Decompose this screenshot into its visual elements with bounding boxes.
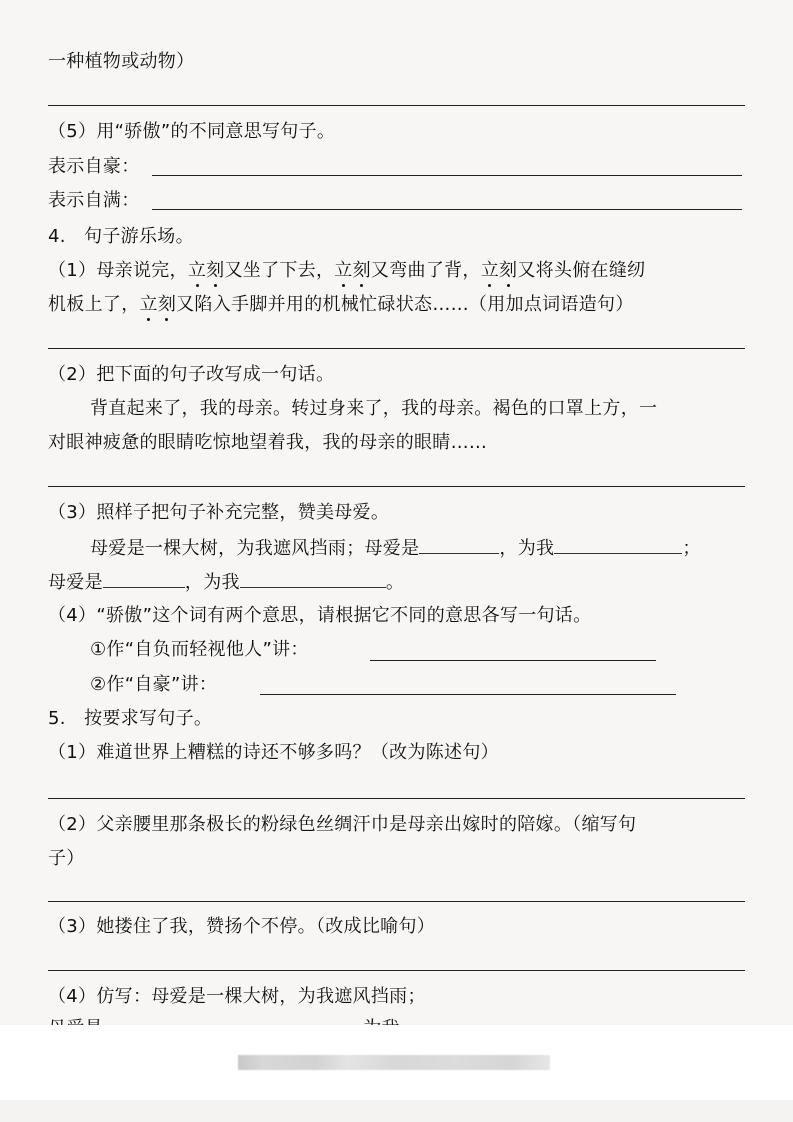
answer-line	[260, 694, 676, 695]
answer-line	[48, 970, 745, 971]
text-line: 一种植物或动物）	[48, 50, 194, 74]
worksheet-page: 一种植物或动物） （5）用“骄傲”的不同意思写句子。 表示自豪： 表示自满： 4…	[0, 0, 793, 1122]
s4-q4-option-1: ①作“自负而轻视他人”讲：	[90, 638, 309, 662]
text: （1）母亲说完，	[48, 260, 188, 281]
answer-line	[48, 348, 745, 349]
text: 。	[386, 572, 404, 593]
dotted-word: 立刻	[188, 260, 225, 281]
text: ；	[682, 538, 700, 559]
answer-label-complacent: 表示自满：	[48, 189, 140, 213]
s4-q1-line-1: （1）母亲说完，立刻又坐了下去，立刻又弯曲了背，立刻又将头俯在缝纫	[48, 259, 645, 283]
s4-q2-passage-2: 对眼神疲惫的眼睛吃惊地望着我，我的母亲的眼睛……	[48, 431, 487, 455]
text: 又坐了下去，	[224, 260, 334, 281]
answer-line	[48, 486, 745, 487]
s5-q3: （3）她搂住了我，赞扬个不停。（改成比喻句）	[48, 915, 435, 939]
dotted-word: 立刻	[334, 260, 371, 281]
answer-line	[48, 798, 745, 799]
s5-q2-line-1: （2）父亲腰里那条极长的粉绿色丝绸汗巾是母亲出嫁时的陪嫁。（缩写句	[48, 813, 636, 837]
answer-line	[370, 660, 656, 661]
fill-blank[interactable]	[554, 535, 682, 554]
s5-q1: （1）难道世界上糟糕的诗还不够多吗？（改为陈述句）	[48, 741, 499, 765]
text: 又将头俯在缝纫	[517, 260, 645, 281]
question-5-title: （5）用“骄傲”的不同意思写句子。	[48, 120, 335, 144]
answer-line-complacent	[152, 209, 742, 210]
s4-q2-passage-1: 背直起来了，我的母亲。转过身来了，我的母亲。褐色的口罩上方，一	[90, 397, 657, 421]
fill-blank[interactable]	[103, 569, 185, 588]
dotted-word: 立刻	[481, 260, 518, 281]
text: ①作“自负而轻视他人”讲：	[90, 639, 309, 660]
s4-q3-line-2: 母爱是，为我。	[48, 569, 404, 595]
dotted-word: 立刻	[140, 294, 177, 315]
s4-q3-title: （3）照样子把句子补充完整，赞美母爱。	[48, 501, 389, 525]
section-4-title: 4. 句子游乐场。	[48, 225, 194, 249]
s4-q2-title: （2）把下面的句子改写成一句话。	[48, 363, 334, 387]
text: 机板上了，	[48, 294, 140, 315]
s4-q4-title: （4）“骄傲”这个词有两个意思，请根据它不同的意思各写一句话。	[48, 604, 591, 628]
text: ，为我	[499, 538, 554, 559]
bottom-strip	[0, 1100, 793, 1122]
s4-q4-option-2: ②作“自豪”讲：	[90, 673, 217, 697]
fill-blank[interactable]	[240, 569, 386, 588]
s5-q2-line-2: 子）	[48, 847, 85, 871]
answer-line	[48, 901, 745, 902]
text: 母爱是一棵大树，为我遮风挡雨；母爱是	[90, 538, 419, 559]
answer-line-pride	[152, 175, 742, 176]
s4-q3-line-1: 母爱是一棵大树，为我遮风挡雨；母爱是，为我；	[90, 535, 701, 561]
section-5-title: 5. 按要求写句子。	[48, 707, 212, 731]
answer-line	[48, 105, 745, 106]
text: 又弯曲了背，	[371, 260, 481, 281]
blurred-caption-bar	[238, 1055, 550, 1070]
text: ②作“自豪”讲：	[90, 674, 217, 695]
s4-q1-line-2: 机板上了，立刻又陷入手脚并用的机械忙碌状态……（用加点词语造句）	[48, 293, 634, 317]
answer-label-pride: 表示自豪：	[48, 155, 140, 179]
text: ，为我	[185, 572, 240, 593]
text: 又陷入手脚并用的机械忙碌状态……（用加点词语造句）	[176, 294, 634, 315]
fill-blank[interactable]	[419, 535, 499, 554]
text: 母爱是	[48, 572, 103, 593]
s5-q4: （4）仿写：母爱是一棵大树，为我遮风挡雨；	[48, 985, 426, 1009]
